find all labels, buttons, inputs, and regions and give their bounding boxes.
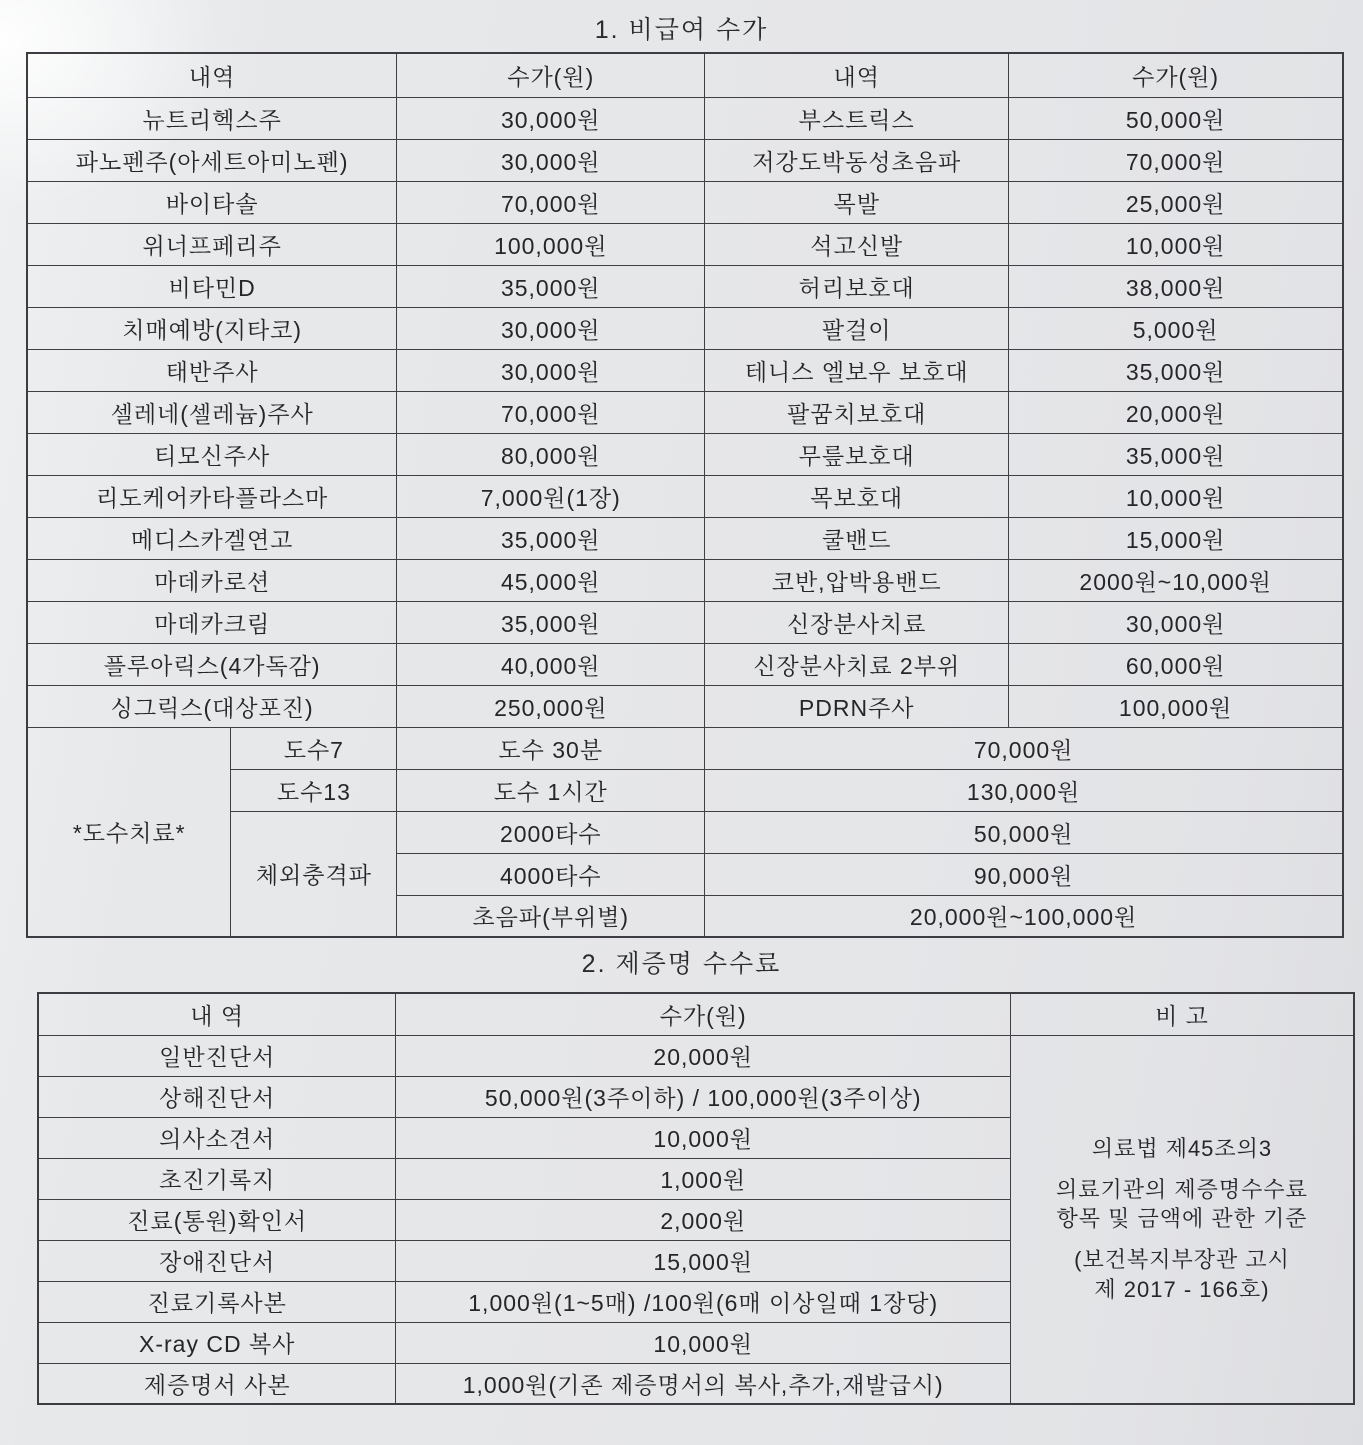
- price-cell: 40,000원: [397, 643, 705, 685]
- price-cell: 50,000원(3주이하) / 100,000원(3주이상): [396, 1076, 1011, 1117]
- column-header: 수가(원): [1009, 53, 1343, 97]
- column-header: 비 고: [1011, 993, 1355, 1035]
- table-row: 리도케어카타플라스마 7,000원(1장) 목보호대 10,000원: [27, 475, 1343, 517]
- item-cell: 치매예방(지타코): [27, 307, 397, 349]
- table-row: *도수치료* 도수7 도수 30분 70,000원: [27, 727, 1343, 769]
- price-cell: 20,000원: [1009, 391, 1343, 433]
- item-cell: 마데카크림: [27, 601, 397, 643]
- price-cell: 30,000원: [397, 139, 705, 181]
- item-cell: 일반진단서: [38, 1035, 396, 1076]
- price-cell: 1,000원(기존 제증명서의 복사,추가,재발급시): [396, 1363, 1011, 1404]
- item-cell: X-ray CD 복사: [38, 1322, 396, 1363]
- item-cell: 부스트릭스: [705, 97, 1009, 139]
- item-cell: 바이타솔: [27, 181, 397, 223]
- table-row: 위너프페리주 100,000원 석고신발 10,000원: [27, 223, 1343, 265]
- table-row: 마데카크림 35,000원 신장분사치료 30,000원: [27, 601, 1343, 643]
- item-cell: 제증명서 사본: [38, 1363, 396, 1404]
- remarks-notice: (보건복지부장관 고시 제 2017 - 166호): [1021, 1245, 1343, 1304]
- item-cell: 의사소견서: [38, 1117, 396, 1158]
- item-cell: 마데카로션: [27, 559, 397, 601]
- price-cell: 15,000원: [396, 1240, 1011, 1281]
- price-cell: 90,000원: [705, 853, 1343, 895]
- table-row: 싱그릭스(대상포진) 250,000원 PDRN주사 100,000원: [27, 685, 1343, 727]
- column-header: 수가(원): [397, 53, 705, 97]
- item-cell: 파노펜주(아세트아미노펜): [27, 139, 397, 181]
- column-header: 내 역: [38, 993, 396, 1035]
- price-cell: 38,000원: [1009, 265, 1343, 307]
- item-cell: 쿨밴드: [705, 517, 1009, 559]
- price-cell: 50,000원: [705, 811, 1343, 853]
- item-cell: 초진기록지: [38, 1158, 396, 1199]
- remarks-law: 의료법 제45조의3: [1021, 1134, 1343, 1164]
- price-cell: 250,000원: [397, 685, 705, 727]
- item-cell: 도수 30분: [397, 727, 705, 769]
- item-cell: 목보호대: [705, 475, 1009, 517]
- table-row: 비타민D 35,000원 허리보호대 38,000원: [27, 265, 1343, 307]
- table-row: 파노펜주(아세트아미노펜) 30,000원 저강도박동성초음파 70,000원: [27, 139, 1343, 181]
- item-cell: 무릎보호대: [705, 433, 1009, 475]
- item-cell: PDRN주사: [705, 685, 1009, 727]
- price-cell: 45,000원: [397, 559, 705, 601]
- price-cell: 100,000원: [1009, 685, 1343, 727]
- item-cell: 진료(통원)확인서: [38, 1199, 396, 1240]
- price-cell: 10,000원: [396, 1117, 1011, 1158]
- item-cell: 셀레네(셀레늄)주사: [27, 391, 397, 433]
- column-header: 내역: [705, 53, 1009, 97]
- price-cell: 15,000원: [1009, 517, 1343, 559]
- price-cell: 7,000원(1장): [397, 475, 705, 517]
- item-cell: 상해진단서: [38, 1076, 396, 1117]
- table-row: 메디스카겔연고 35,000원 쿨밴드 15,000원: [27, 517, 1343, 559]
- item-cell: 신장분사치료: [705, 601, 1009, 643]
- price-cell: 60,000원: [1009, 643, 1343, 685]
- price-cell: 35,000원: [397, 601, 705, 643]
- item-cell: 저강도박동성초음파: [705, 139, 1009, 181]
- column-header: 수가(원): [396, 993, 1011, 1035]
- table-row: 셀레네(셀레늄)주사 70,000원 팔꿈치보호대 20,000원: [27, 391, 1343, 433]
- remarks-standard: 의료기관의 제증명수수료 항목 및 금액에 관한 기준: [1021, 1175, 1343, 1234]
- price-cell: 20,000원~100,000원: [705, 895, 1343, 937]
- price-cell: 100,000원: [397, 223, 705, 265]
- item-cell: 팔꿈치보호대: [705, 391, 1009, 433]
- section-title-certificate: 2. 제증명 수수료: [0, 944, 1363, 980]
- dosu-sub-cell: 도수13: [231, 769, 397, 811]
- item-cell: 석고신발: [705, 223, 1009, 265]
- price-cell: 10,000원: [1009, 223, 1343, 265]
- table-row: 티모신주사 80,000원 무릎보호대 35,000원: [27, 433, 1343, 475]
- item-cell: 티모신주사: [27, 433, 397, 475]
- price-cell: 80,000원: [397, 433, 705, 475]
- price-cell: 70,000원: [705, 727, 1343, 769]
- price-cell: 70,000원: [397, 391, 705, 433]
- price-cell: 30,000원: [397, 349, 705, 391]
- section-title-noncovered: 1. 비급여 수가: [0, 10, 1363, 46]
- table-row: 일반진단서 20,000원 의료법 제45조의3 의료기관의 제증명수수료 항목…: [38, 1035, 1354, 1076]
- dosu-group-cell: *도수치료*: [27, 727, 231, 937]
- item-cell: 허리보호대: [705, 265, 1009, 307]
- price-cell: 5,000원: [1009, 307, 1343, 349]
- price-cell: 2000원~10,000원: [1009, 559, 1343, 601]
- price-cell: 70,000원: [1009, 139, 1343, 181]
- item-cell: 위너프페리주: [27, 223, 397, 265]
- item-cell: 싱그릭스(대상포진): [27, 685, 397, 727]
- price-cell: 35,000원: [397, 517, 705, 559]
- item-cell: 뉴트리헥스주: [27, 97, 397, 139]
- scanned-fee-document: 1. 비급여 수가 내역 수가(원) 내역 수가(원) 뉴트리헥스주 30,00…: [0, 0, 1363, 1445]
- item-cell: 도수 1시간: [397, 769, 705, 811]
- price-cell: 1,000원: [396, 1158, 1011, 1199]
- table-header-row: 내역 수가(원) 내역 수가(원): [27, 53, 1343, 97]
- remarks-cell: 의료법 제45조의3 의료기관의 제증명수수료 항목 및 금액에 관한 기준 (…: [1011, 1035, 1355, 1404]
- table-row: 마데카로션 45,000원 코반,압박용밴드 2000원~10,000원: [27, 559, 1343, 601]
- item-cell: 목발: [705, 181, 1009, 223]
- item-cell: 2000타수: [397, 811, 705, 853]
- dosu-sub-cell: 체외충격파: [231, 811, 397, 937]
- item-cell: 태반주사: [27, 349, 397, 391]
- item-cell: 테니스 엘보우 보호대: [705, 349, 1009, 391]
- price-cell: 30,000원: [397, 307, 705, 349]
- price-cell: 35,000원: [1009, 349, 1343, 391]
- item-cell: 비타민D: [27, 265, 397, 307]
- table-row: 치매예방(지타코) 30,000원 팔걸이 5,000원: [27, 307, 1343, 349]
- price-cell: 10,000원: [1009, 475, 1343, 517]
- certificate-fee-table: 내 역 수가(원) 비 고 일반진단서 20,000원 의료법 제45조의3 의…: [37, 992, 1355, 1405]
- price-cell: 30,000원: [1009, 601, 1343, 643]
- price-cell: 25,000원: [1009, 181, 1343, 223]
- noncovered-fee-table: 내역 수가(원) 내역 수가(원) 뉴트리헥스주 30,000원 부스트릭스 5…: [26, 52, 1344, 938]
- price-cell: 10,000원: [396, 1322, 1011, 1363]
- table-row: 플루아릭스(4가독감) 40,000원 신장분사치료 2부위 60,000원: [27, 643, 1343, 685]
- item-cell: 진료기록사본: [38, 1281, 396, 1322]
- column-header: 내역: [27, 53, 397, 97]
- table-row: 뉴트리헥스주 30,000원 부스트릭스 50,000원: [27, 97, 1343, 139]
- price-cell: 35,000원: [397, 265, 705, 307]
- price-cell: 1,000원(1~5매) /100원(6매 이상일때 1장당): [396, 1281, 1011, 1322]
- item-cell: 플루아릭스(4가독감): [27, 643, 397, 685]
- item-cell: 신장분사치료 2부위: [705, 643, 1009, 685]
- table-row: 태반주사 30,000원 테니스 엘보우 보호대 35,000원: [27, 349, 1343, 391]
- table-row: 바이타솔 70,000원 목발 25,000원: [27, 181, 1343, 223]
- price-cell: 2,000원: [396, 1199, 1011, 1240]
- dosu-sub-cell: 도수7: [231, 727, 397, 769]
- table-header-row: 내 역 수가(원) 비 고: [38, 993, 1354, 1035]
- item-cell: 코반,압박용밴드: [705, 559, 1009, 601]
- item-cell: 팔걸이: [705, 307, 1009, 349]
- item-cell: 메디스카겔연고: [27, 517, 397, 559]
- item-cell: 리도케어카타플라스마: [27, 475, 397, 517]
- price-cell: 20,000원: [396, 1035, 1011, 1076]
- price-cell: 130,000원: [705, 769, 1343, 811]
- item-cell: 장애진단서: [38, 1240, 396, 1281]
- price-cell: 70,000원: [397, 181, 705, 223]
- price-cell: 30,000원: [397, 97, 705, 139]
- item-cell: 4000타수: [397, 853, 705, 895]
- item-cell: 초음파(부위별): [397, 895, 705, 937]
- price-cell: 50,000원: [1009, 97, 1343, 139]
- price-cell: 35,000원: [1009, 433, 1343, 475]
